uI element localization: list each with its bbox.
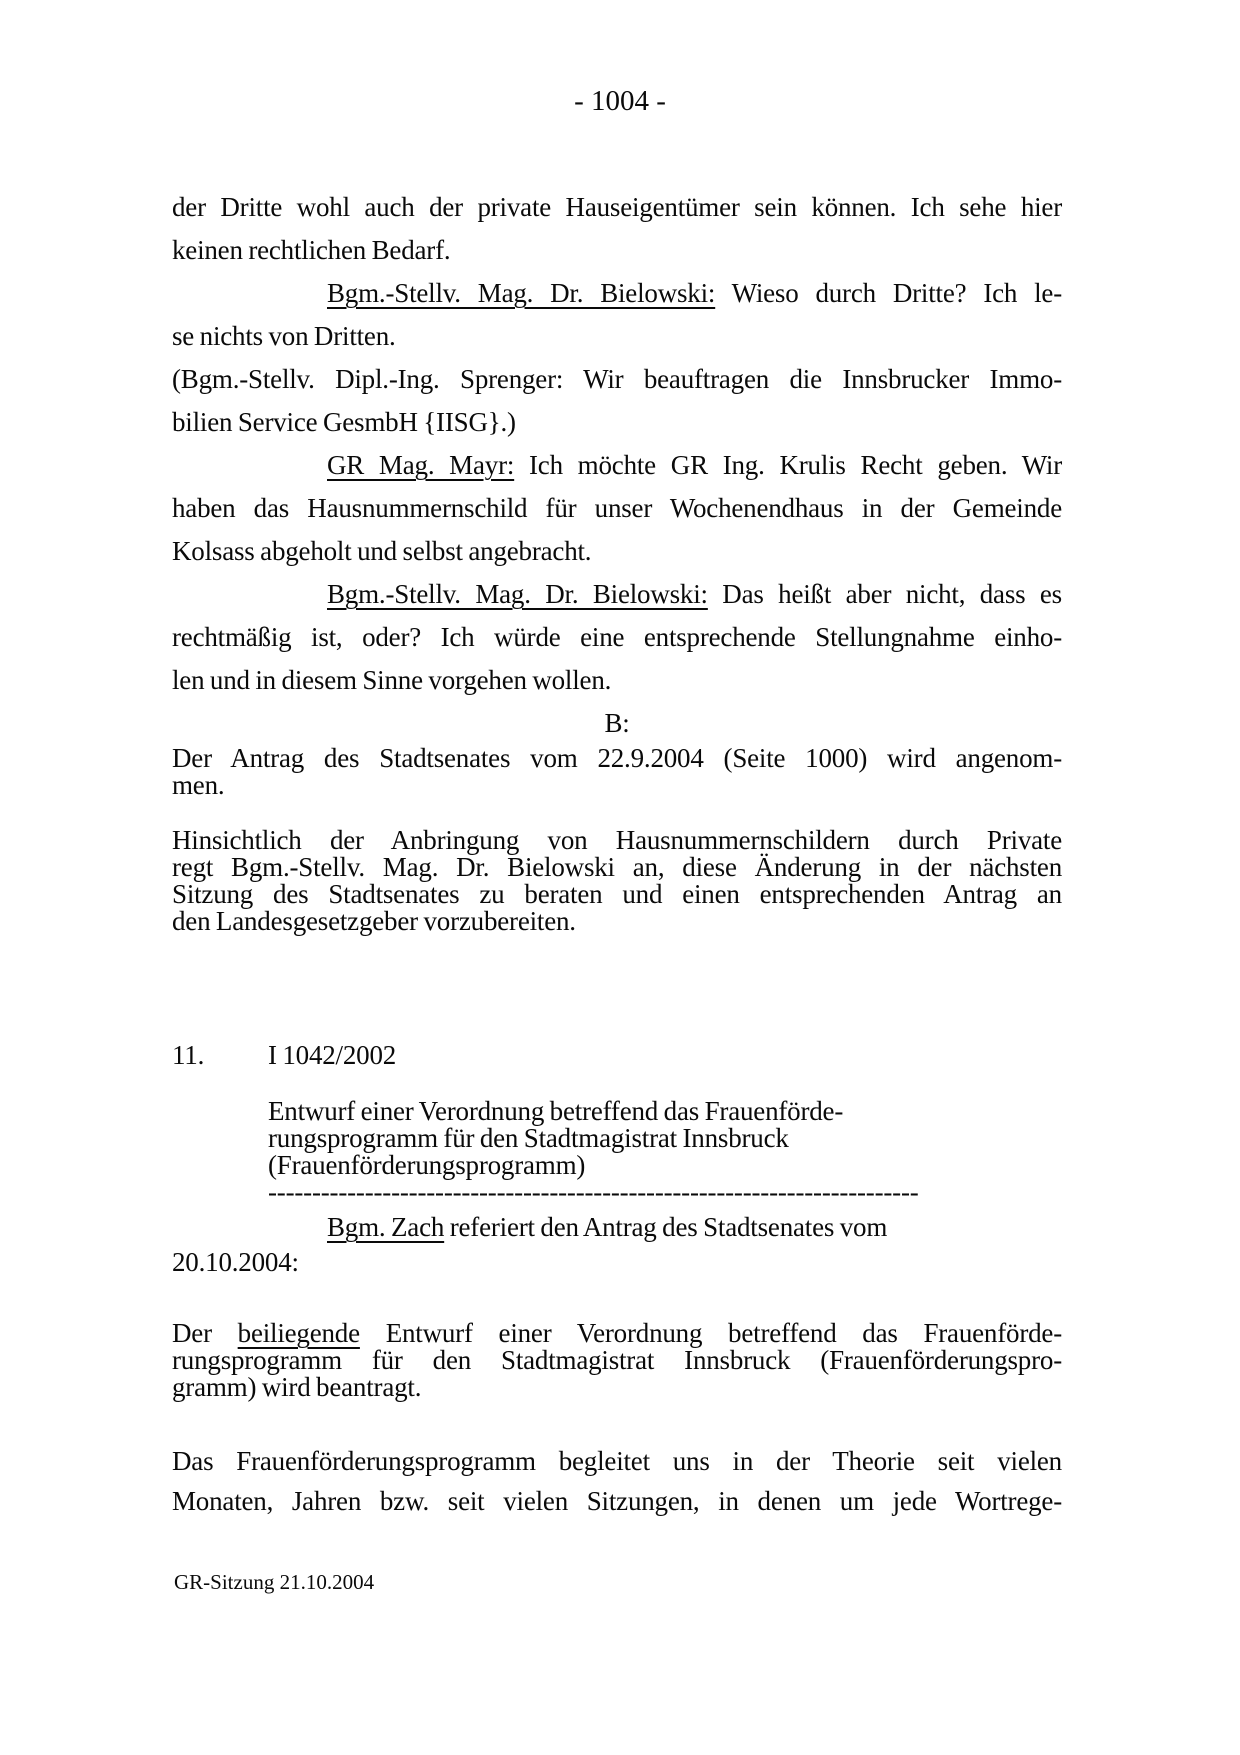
text-line: gramm) wird beantragt. [172,1374,1062,1401]
text-line: keinen rechtlichen Bedarf. [172,229,1062,272]
text-line: Das Frauenförderungsprogramm begleitet u… [172,1441,1062,1481]
text-line: Der beiliegende Entwurf einer Verordnung… [172,1320,1062,1347]
text-line: Bgm.-Stellv. Mag. Dr. Bielowski: Wieso d… [172,272,1062,315]
text-column: der Dritte wohl auch der private Hauseig… [172,186,1062,1521]
text-line: B: [172,702,1062,745]
text-segment: den Landesgesetzgeber vorzubereiten. [172,906,576,936]
text-segment: Hinsichtlich der Anbringung von Hausnumm… [172,825,1062,855]
text-line: Der Antrag des Stadtsenates vom 22.9.200… [172,745,1062,772]
text-segment: 11. [172,1041,268,1069]
text-line: rungsprogramm für den Stadtmagistrat Inn… [172,1347,1062,1374]
text-segment: Wieso durch Dritte? Ich le- [715,278,1062,308]
text-segment: bilien Service GesmbH {IISG}.) [172,407,516,437]
text-line: len und in diesem Sinne vorgehen wollen. [172,659,1062,702]
resolution-paragraph: Hinsichtlich der Anbringung von Hausnumm… [172,827,1062,935]
text-segment: gramm) wird beantragt. [172,1372,421,1402]
text-line: GR Mag. Mayr: Ich möchte GR Ing. Krulis … [172,444,1062,487]
dialog-paragraph: GR Mag. Mayr: Ich möchte GR Ing. Krulis … [172,444,1062,573]
text-segment: B: [604,708,629,738]
text-segment: (Frauenförderungsprogramm) [268,1150,585,1180]
text-line: Monaten, Jahren bzw. seit vielen Sitzung… [172,1481,1062,1521]
underlined-text: Bgm. Zach [327,1212,444,1242]
resolution-paragraph: Der beiliegende Entwurf einer Verordnung… [172,1320,1062,1401]
text-line: rungsprogramm für den Stadtmagistrat Inn… [268,1125,1062,1152]
text-segment: haben das Hausnummernschild für unser Wo… [172,493,1062,523]
text-line: se nichts von Dritten. [172,315,1062,358]
text-line: ----------------------------------------… [268,1179,1062,1206]
text-segment: Entwurf einer Verordnung betreffend das … [360,1318,1062,1348]
dialog-paragraph: Bgm. Zach referiert den Antrag des Stadt… [172,1210,1062,1280]
resolution-paragraph: Der Antrag des Stadtsenates vom 22.9.200… [172,745,1062,799]
text-line: (Bgm.-Stellv. Dipl.-Ing. Sprenger: Wir b… [172,358,1062,401]
text-segment: rungsprogramm für den Stadtmagistrat Inn… [172,1345,1062,1375]
dialog-paragraph: (Bgm.-Stellv. Dipl.-Ing. Sprenger: Wir b… [172,358,1062,444]
text-segment: der Dritte wohl auch der private Hauseig… [172,192,1062,222]
text-line: der Dritte wohl auch der private Hauseig… [172,186,1062,229]
text-segment: men. [172,770,224,800]
page-number: - 1004 - [0,84,1240,118]
decision-label: B: [172,702,1062,745]
text-segment: keinen rechtlichen Bedarf. [172,235,450,265]
text-line: Bgm.-Stellv. Mag. Dr. Bielowski: Das hei… [172,573,1062,616]
text-segment: rechtmäßig ist, oder? Ich würde eine ent… [172,622,1062,652]
text-line: Sitzung des Stadtsenates zu beraten und … [172,881,1062,908]
text-line: 11.I 1042/2002 [172,1041,1062,1069]
text-line: Hinsichtlich der Anbringung von Hausnumm… [172,827,1062,854]
agenda-item-number: 11.I 1042/2002 [172,1041,1062,1069]
text-segment: Der [172,1318,238,1348]
text-segment: Monaten, Jahren bzw. seit vielen Sitzung… [172,1486,1062,1516]
text-segment: rungsprogramm für den Stadtmagistrat Inn… [268,1123,789,1153]
text-segment: regt Bgm.-Stellv. Mag. Dr. Bielowski an,… [172,852,1062,882]
dialog-paragraph: Bgm.-Stellv. Mag. Dr. Bielowski: Wieso d… [172,272,1062,358]
text-segment: referiert den Antrag des Stadtsenates vo… [444,1212,887,1242]
text-line: den Landesgesetzgeber vorzubereiten. [172,908,1062,935]
text-segment: 20.10.2004: [172,1247,299,1277]
text-line: haben das Hausnummernschild für unser Wo… [172,487,1062,530]
text-segment: Ich möchte GR Ing. Krulis Recht geben. W… [514,450,1062,480]
text-segment: Kolsass abgeholt und selbst angebracht. [172,536,591,566]
text-line: rechtmäßig ist, oder? Ich würde eine ent… [172,616,1062,659]
underlined-text: beiliegende [238,1318,360,1348]
text-line: Bgm. Zach referiert den Antrag des Stadt… [172,1210,1062,1245]
underlined-text: Bgm.-Stellv. Mag. Dr. Bielowski: [327,278,715,308]
document-page: - 1004 - der Dritte wohl auch der privat… [0,0,1240,1755]
text-segment: ----------------------------------------… [268,1177,919,1207]
text-segment: Das Frauenförderungsprogramm begleitet u… [172,1446,1062,1476]
text-segment: Sitzung des Stadtsenates zu beraten und … [172,879,1062,909]
underlined-text: GR Mag. Mayr: [327,450,514,480]
text-segment: len und in diesem Sinne vorgehen wollen. [172,665,611,695]
text-line: Entwurf einer Verordnung betreffend das … [268,1098,1062,1125]
text-line: regt Bgm.-Stellv. Mag. Dr. Bielowski an,… [172,854,1062,881]
underlined-text: Bgm.-Stellv. Mag. Dr. Bielowski: [327,579,708,609]
text-segment: se nichts von Dritten. [172,321,396,351]
text-segment: Das heißt aber nicht, dass es [708,579,1062,609]
dialog-paragraph: Bgm.-Stellv. Mag. Dr. Bielowski: Das hei… [172,573,1062,702]
body-paragraph: Das Frauenförderungsprogramm begleitet u… [172,1441,1062,1521]
text-segment: (Bgm.-Stellv. Dipl.-Ing. Sprenger: Wir b… [172,364,1062,394]
text-line: bilien Service GesmbH {IISG}.) [172,401,1062,444]
footer-note: GR-Sitzung 21.10.2004 [174,1570,374,1594]
text-line: 20.10.2004: [172,1245,1062,1280]
text-segment: Der Antrag des Stadtsenates vom 22.9.200… [172,743,1062,773]
agenda-item-title: Entwurf einer Verordnung betreffend das … [268,1098,1062,1206]
text-segment: I 1042/2002 [268,1040,396,1070]
text-line: men. [172,772,1062,799]
text-line: Kolsass abgeholt und selbst angebracht. [172,530,1062,573]
text-segment: Entwurf einer Verordnung betreffend das … [268,1096,843,1126]
dialog-paragraph: der Dritte wohl auch der private Hauseig… [172,186,1062,272]
text-line: (Frauenförderungsprogramm) [268,1152,1062,1179]
